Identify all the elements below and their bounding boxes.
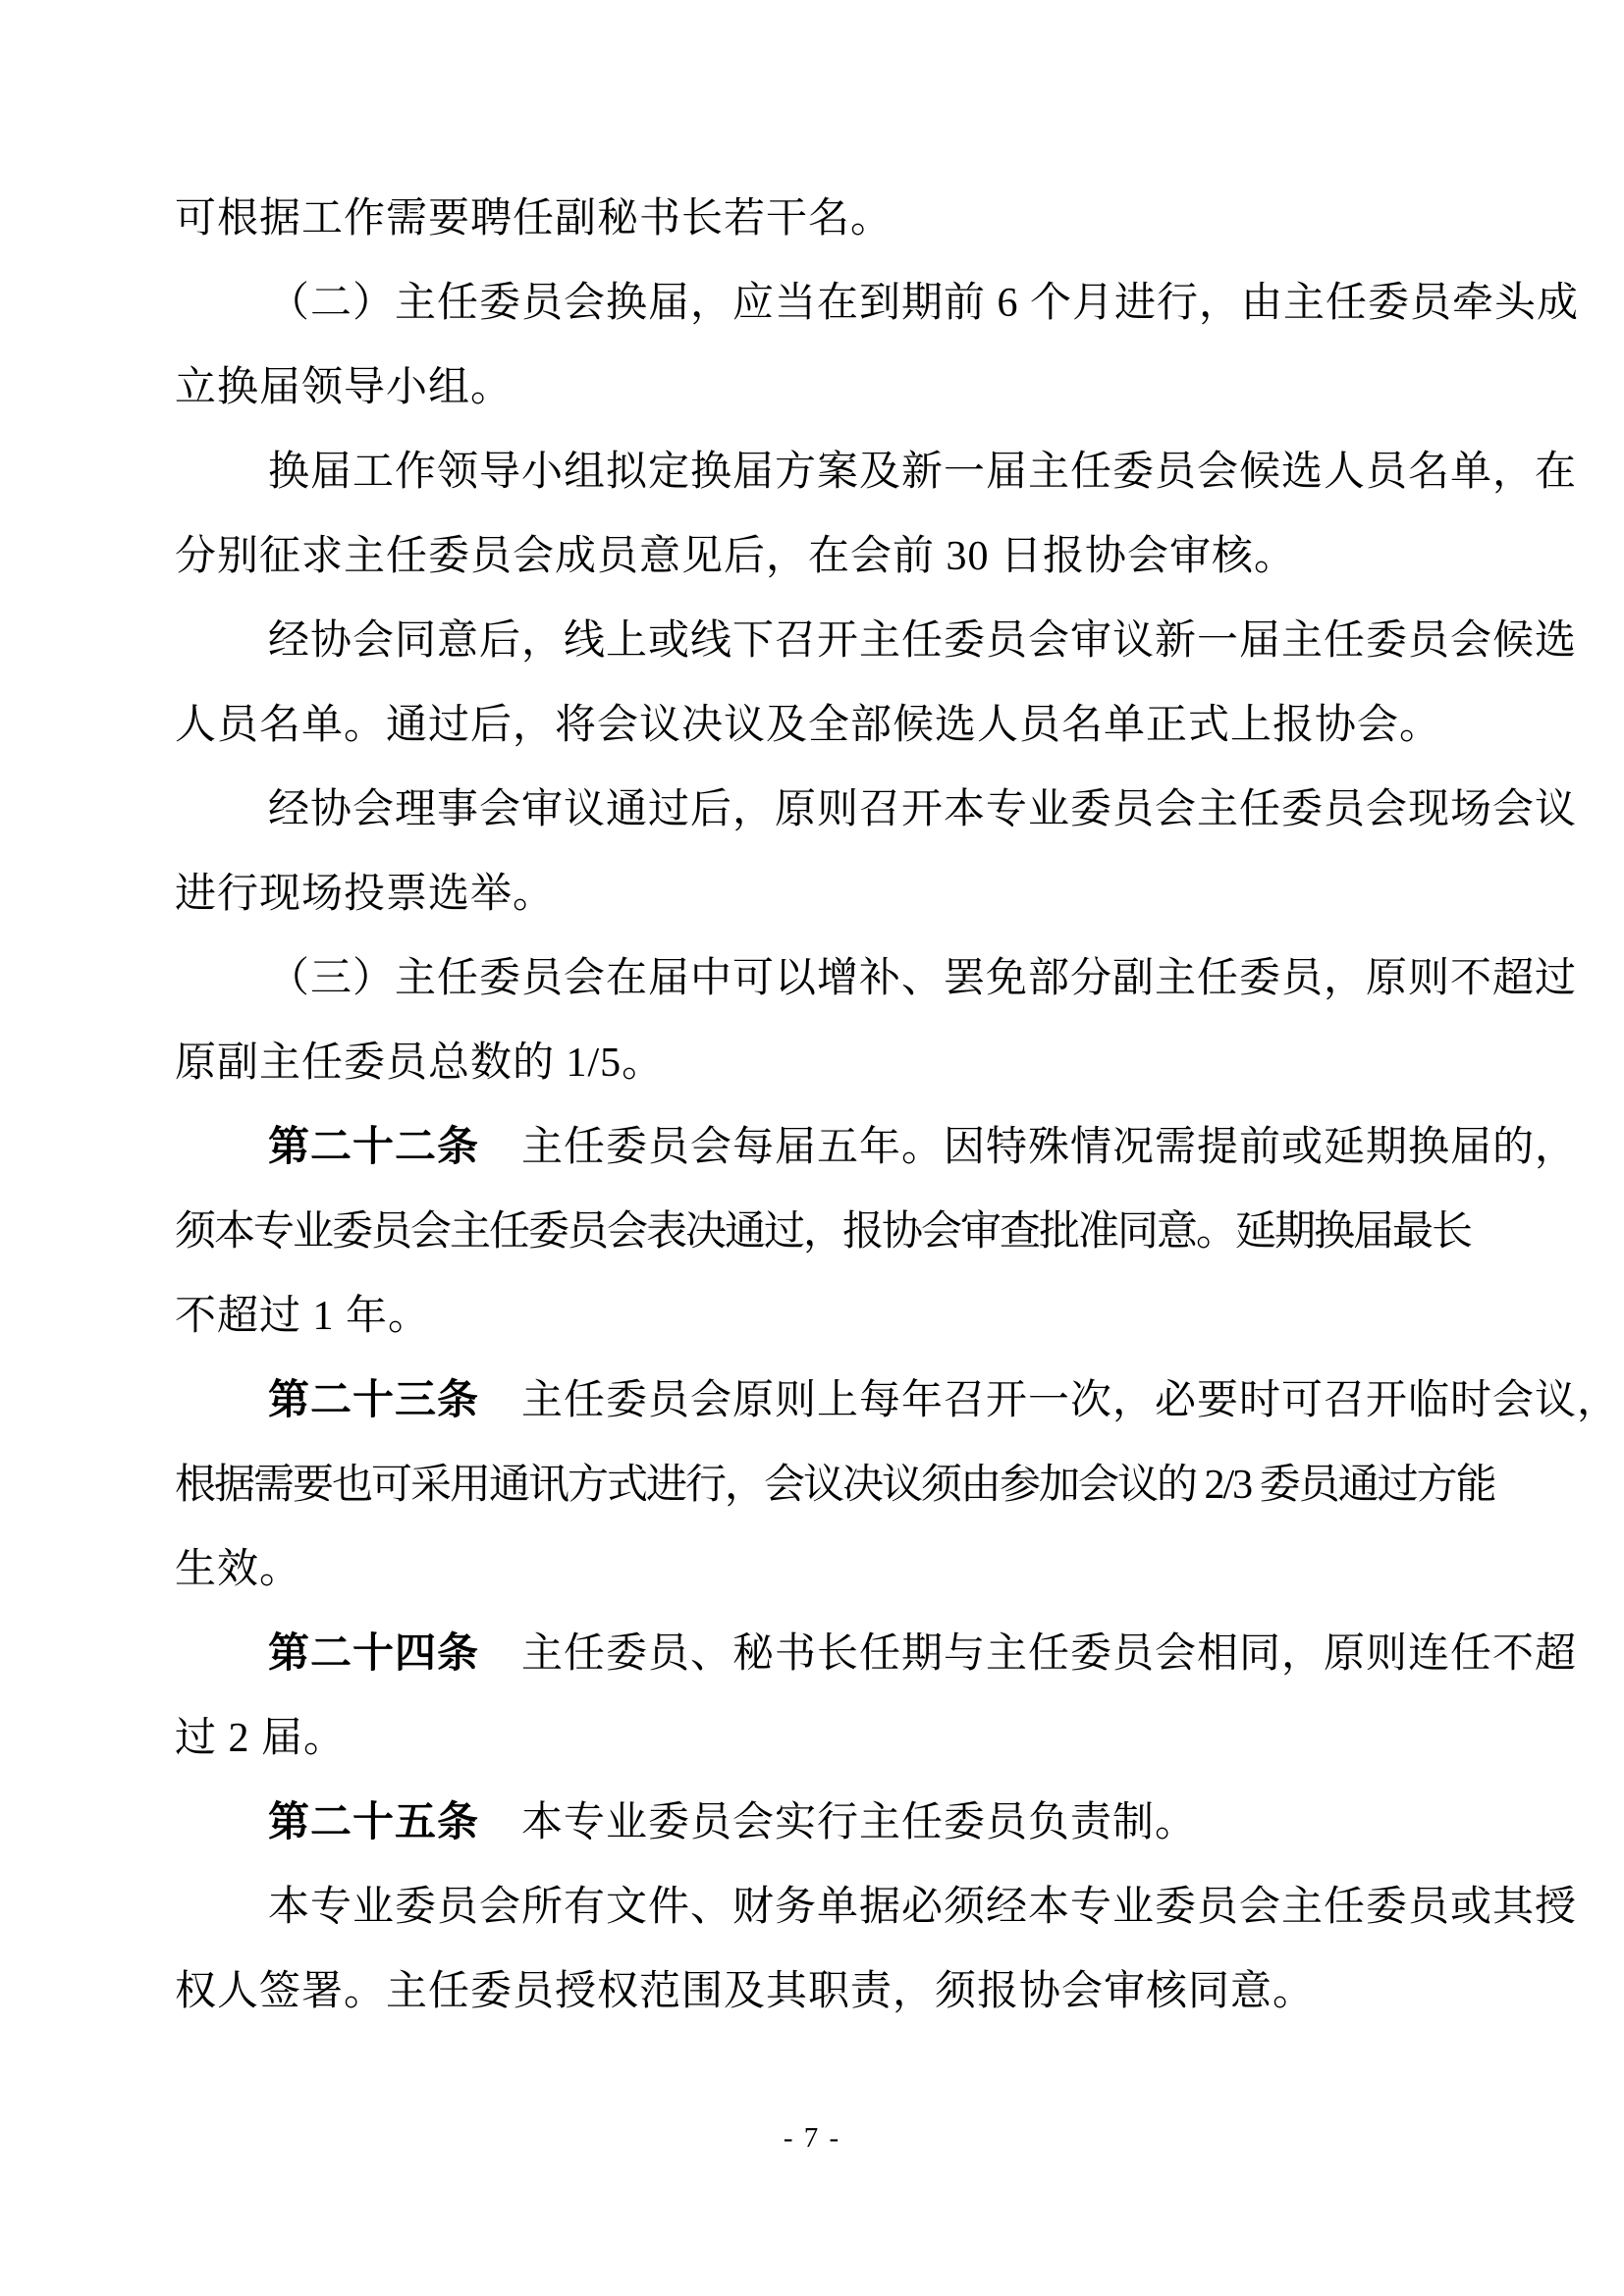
text-run: 不超过 1 年。 <box>175 1294 430 1339</box>
text-run: 立换届领导小组。 <box>175 365 513 410</box>
text-run: 主任委员、秘书长任期与主任委员会相同，原则连任不超 <box>479 1631 1577 1677</box>
text-run: 经协会同意后，线上或线下召开主任委员会审议新一届主任委员会候选 <box>268 618 1577 664</box>
text-line: 经协会同意后，线上或线下召开主任委员会审议新一届主任委员会候选 <box>175 599 1451 683</box>
text-run: 可根据工作需要聘任副秘书长若干名。 <box>175 196 893 241</box>
article-heading: 第二十三条 <box>268 1378 479 1423</box>
text-line: 根据需要也可采用通讯方式进行，会议决议须由参加会议的 2/3 委员通过方能 <box>175 1443 1451 1527</box>
text-line: 立换届领导小组。 <box>175 346 1451 430</box>
text-run: 本专业委员会实行主任委员负责制。 <box>479 1800 1197 1845</box>
text-run: 生效。 <box>175 1547 301 1592</box>
text-run: 经协会理事会审议通过后，原则召开本专业委员会主任委员会现场会议 <box>268 787 1577 832</box>
text-line: 第二十二条 主任委员会每届五年。因特殊情况需提前或延期换届的， <box>175 1105 1451 1190</box>
document-page: 可根据工作需要聘任副秘书长若干名。（二）主任委员会换届，应当在到期前 6 个月进… <box>0 0 1624 2296</box>
text-run: 分别征求主任委员会成员意见后，在会前 30 日报协会审核。 <box>175 534 1296 579</box>
text-line: 过 2 届。 <box>175 1696 1451 1781</box>
article-heading: 第二十五条 <box>268 1800 479 1845</box>
text-line: 可根据工作需要聘任副秘书长若干名。 <box>175 177 1451 261</box>
text-run: （二）主任委员会换届，应当在到期前 6 个月进行，由主任委员牵头成 <box>268 281 1579 326</box>
text-line: 须本专业委员会主任委员会表决通过，报协会审查批准同意。延期换届最长 <box>175 1190 1451 1274</box>
text-line: 生效。 <box>175 1527 1451 1612</box>
text-run: 人员名单。通过后，将会议决议及全部候选人员名单正式上报协会。 <box>175 703 1441 748</box>
text-run: 主任委员会原则上每年召开一次，必要时可召开临时会议， <box>479 1378 1619 1423</box>
text-line: 分别征求主任委员会成员意见后，在会前 30 日报协会审核。 <box>175 514 1451 599</box>
text-line: 第二十五条 本专业委员会实行主任委员负责制。 <box>175 1781 1451 1865</box>
text-run: 根据需要也可采用通讯方式进行，会议决议须由参加会议的 2/3 委员通过方能 <box>175 1463 1495 1508</box>
article-heading: 第二十二条 <box>268 1125 479 1170</box>
text-line: 本专业委员会所有文件、财务单据必须经本专业委员会主任委员或其授 <box>175 1865 1451 1949</box>
text-run: 过 2 届。 <box>175 1716 346 1761</box>
text-line: 权人签署。主任委员授权范围及其职责，须报协会审核同意。 <box>175 1949 1451 2034</box>
text-line: 进行现场投票选举。 <box>175 852 1451 936</box>
text-run: （三）主任委员会在届中可以增补、罢免部分副主任委员，原则不超过 <box>268 956 1577 1001</box>
text-line: 原副主任委员总数的 1/5。 <box>175 1021 1451 1105</box>
text-line: 经协会理事会审议通过后，原则召开本专业委员会主任委员会现场会议 <box>175 768 1451 852</box>
text-run: 本专业委员会所有文件、财务单据必须经本专业委员会主任委员或其授 <box>268 1885 1577 1930</box>
text-run: 主任委员会每届五年。因特殊情况需提前或延期换届的， <box>479 1125 1577 1170</box>
text-line: 不超过 1 年。 <box>175 1274 1451 1359</box>
text-run: 原副主任委员总数的 1/5。 <box>175 1041 664 1086</box>
text-line: 第二十四条 主任委员、秘书长任期与主任委员会相同，原则连任不超 <box>175 1612 1451 1696</box>
text-line: （三）主任委员会在届中可以增补、罢免部分副主任委员，原则不超过 <box>175 936 1451 1021</box>
text-line: 人员名单。通过后，将会议决议及全部候选人员名单正式上报协会。 <box>175 683 1451 768</box>
text-run: 须本专业委员会主任委员会表决通过，报协会审查批准同意。延期换届最长 <box>175 1209 1471 1255</box>
article-heading: 第二十四条 <box>268 1631 479 1677</box>
page-number: - 7 - <box>0 2118 1624 2158</box>
text-line: 换届工作领导小组拟定换届方案及新一届主任委员会候选人员名单，在 <box>175 430 1451 514</box>
document-body: 可根据工作需要聘任副秘书长若干名。（二）主任委员会换届，应当在到期前 6 个月进… <box>175 177 1451 2034</box>
text-run: 权人签署。主任委员授权范围及其职责，须报协会审核同意。 <box>175 1969 1315 2014</box>
text-line: （二）主任委员会换届，应当在到期前 6 个月进行，由主任委员牵头成 <box>175 261 1451 346</box>
text-line: 第二十三条 主任委员会原则上每年召开一次，必要时可召开临时会议， <box>175 1359 1451 1443</box>
text-run: 进行现场投票选举。 <box>175 872 555 917</box>
text-run: 换届工作领导小组拟定换届方案及新一届主任委员会候选人员名单，在 <box>268 450 1577 495</box>
